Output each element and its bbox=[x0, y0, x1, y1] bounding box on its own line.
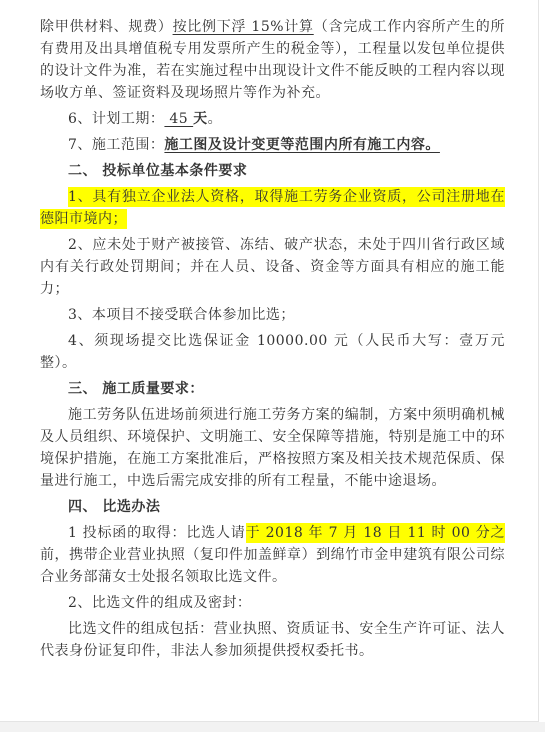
heading-quality-requirements: 三、 施工质量要求： bbox=[40, 378, 505, 400]
text-run: 6、计划工期： bbox=[68, 111, 164, 127]
item-deposit-requirement: 4、须现场提交比选保证金 10000.00 元（人民币大写：壹万元整）。 bbox=[40, 330, 505, 374]
heading-selection-method: 四、 比选办法 bbox=[40, 496, 505, 518]
paragraph-quality-detail: 施工劳务队伍进场前须进行施工劳务方案的编制，方案中须明确机械及人员组织、环境保护… bbox=[40, 404, 505, 492]
item-document-composition: 2、比选文件的组成及密封： bbox=[40, 592, 505, 614]
text-run: 1 投标函的取得：比选人请 bbox=[68, 525, 246, 541]
item-no-consortium: 3、本项目不接受联合体参加比选； bbox=[40, 304, 505, 326]
document-content: 除甲供材料、规费）按比例下浮 15%计算（含完成工作内容所产生的所有费用及出具增… bbox=[0, 0, 538, 662]
paragraph-contract-price: 除甲供材料、规费）按比例下浮 15%计算（含完成工作内容所产生的所有费用及出具增… bbox=[40, 16, 505, 104]
document-page: 除甲供材料、规费）按比例下浮 15%计算（含完成工作内容所产生的所有费用及出具增… bbox=[0, 0, 539, 722]
paragraph-bid-letter: 1 投标函的取得：比选人请于 2018 年 7 月 18 日 11 时 00 分… bbox=[40, 522, 505, 588]
text-run: 7、施工范围： bbox=[68, 137, 164, 153]
underlined-duration-value: 45 bbox=[164, 111, 193, 127]
text-run: 。 bbox=[208, 111, 223, 127]
item-qualification-requirement: 1、具有独立企业法人资格，取得施工劳务企业资质，公司注册地在德阳市境内； bbox=[40, 186, 505, 230]
text-run: 前，携带企业营业执照（复印件加盖鲜章）到绵竹市金申建筑有限公司综合业务部蒲女士处… bbox=[40, 547, 505, 585]
page-gap bbox=[0, 722, 545, 732]
highlighted-deadline-text: 于 2018 年 7 月 18 日 11 时 00 分之 bbox=[246, 523, 505, 543]
item-construction-scope: 7、施工范围：施工图及设计变更等范围内所有施工内容。 bbox=[40, 134, 505, 156]
highlighted-qualification-text: 1、具有独立企业法人资格，取得施工劳务企业资质，公司注册地在德阳市境内； bbox=[40, 187, 505, 229]
heading-bidder-requirements: 二、 投标单位基本条件要求 bbox=[40, 160, 505, 182]
item-financial-status-requirement: 2、应未处于财产被接管、冻结、破产状态，未处于四川省行政区域内有关行政处罚期间；… bbox=[40, 234, 505, 300]
scope-content: 施工图及设计变更等范围内所有施工内容。 bbox=[164, 137, 440, 153]
text-run: 除甲供材料、规费） bbox=[40, 19, 173, 35]
item-plan-duration: 6、计划工期： 45 天。 bbox=[40, 108, 505, 130]
underlined-text-discount: 按比例下浮 15%计算 bbox=[173, 19, 314, 35]
paragraph-document-list: 比选文件的组成包括：营业执照、资质证书、安全生产许可证、法人代表身份证复印件，非… bbox=[40, 618, 505, 662]
duration-unit: 天 bbox=[193, 111, 208, 127]
